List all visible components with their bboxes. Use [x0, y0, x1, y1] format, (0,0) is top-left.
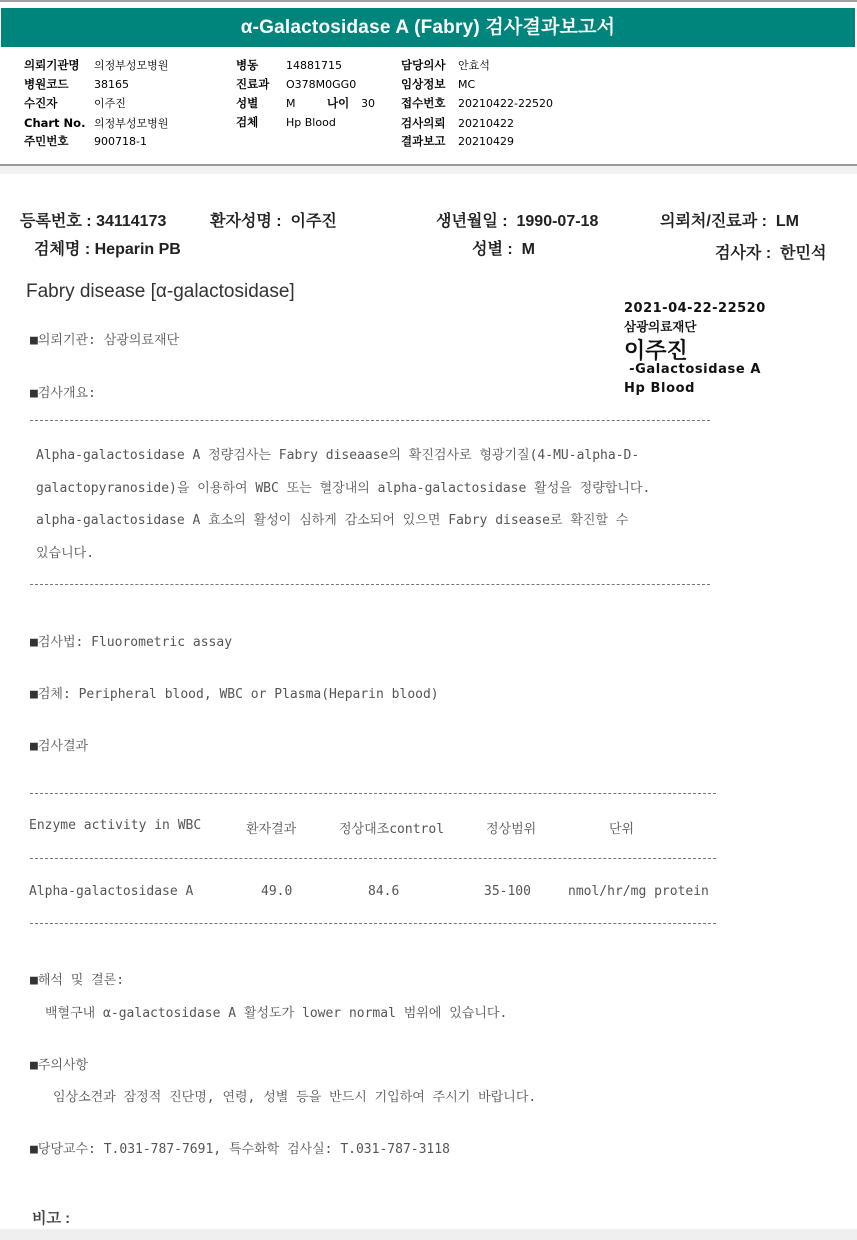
header-field-institution: 의뢰기관명의정부성모병원 [24, 57, 168, 73]
section-referral: ■의뢰기관: 삼광의료재단 [30, 329, 179, 348]
header-field-doctor: 담당의사안효석 [401, 57, 490, 73]
bullet-square-icon: ■ [30, 687, 38, 702]
section-contact: ■당당교수: T.031-787-7691, 특수화학 검사실: T.031-7… [30, 1138, 450, 1157]
header-divider-band [0, 166, 857, 174]
table-header-unit: 단위 [609, 818, 634, 837]
patient-specimen: 검체명 : Heparin PB [34, 236, 181, 259]
sticker-test-name: -Galactosidase A [624, 362, 761, 377]
table-header-test: Enzyme activity in WBC [29, 818, 201, 833]
dashed-divider [30, 584, 710, 585]
header-field-specimen: 검체Hp Blood [236, 114, 336, 130]
table-cell-normal-range: 35-100 [484, 884, 531, 899]
bullet-square-icon: ■ [30, 739, 38, 754]
table-header-control: 정상대조control [339, 818, 444, 837]
patient-name: 환자성명 : 이주진 [210, 208, 337, 231]
bullet-square-icon: ■ [30, 1058, 38, 1073]
table-cell-test: Alpha-galactosidase A [29, 884, 193, 899]
header-field-request-date: 검사의뢰20210422 [401, 115, 514, 131]
report-title-banner: α-Galactosidase A (Fabry) 검사결과보고서 [1, 8, 855, 47]
section-caution-heading: ■주의사항 [30, 1054, 88, 1073]
table-cell-unit: nmol/hr/mg protein [568, 884, 709, 899]
bullet-square-icon: ■ [30, 973, 38, 988]
header-field-department: 진료과O378M0GG0 [236, 76, 356, 92]
overview-paragraph: Alpha-galactosidase A 정량검사는 Fabry diseaa… [36, 440, 716, 570]
patient-tester: 검사자 : 한민석 [715, 240, 826, 263]
section-results-heading: ■검사결과 [30, 735, 88, 754]
top-border [0, 0, 857, 2]
section-overview-heading: ■검사개요: [30, 382, 96, 401]
patient-sex: 성별 : M [472, 236, 535, 259]
table-header-normal-range: 정상범위 [486, 818, 536, 837]
overview-line: Alpha-galactosidase A 정량검사는 Fabry diseaa… [36, 440, 716, 473]
header-field-ward: 병동14881715 [236, 57, 342, 73]
table-cell-patient-result: 49.0 [261, 884, 292, 899]
section-specimen: ■검체: Peripheral blood, WBC or Plasma(Hep… [30, 683, 439, 702]
dashed-divider [30, 793, 716, 794]
header-field-age: 나이30 [327, 95, 375, 111]
sticker-patient-name: 이주진 [624, 334, 688, 365]
bullet-square-icon: ■ [30, 333, 38, 348]
header-field-sex: 성별M [236, 95, 326, 111]
table-cell-control: 84.6 [368, 884, 399, 899]
patient-dob: 생년월일 : 1990-07-18 [436, 208, 598, 231]
header-field-hospital-code: 병원코드38165 [24, 76, 129, 92]
section-interpretation-heading: ■해석 및 결론: [30, 969, 124, 988]
dashed-divider [30, 858, 716, 859]
overview-line: 있습니다. [36, 538, 716, 571]
dashed-divider [30, 420, 710, 421]
section-method: ■검사법: Fluorometric assay [30, 631, 232, 650]
interpretation-text: 백혈구내 α-galactosidase A 활성도가 lower normal… [45, 1002, 507, 1021]
header-field-patient: 수진자이주진 [24, 95, 126, 111]
footer-band [0, 1229, 857, 1240]
patient-reg-no: 등록번호 : 34114173 [20, 208, 166, 231]
header-field-accession-no: 접수번호20210422-22520 [401, 95, 553, 111]
caution-text: 임상소견과 잠정적 진단명, 연령, 성별 등을 반드시 기입하여 주시기 바랍… [53, 1086, 536, 1105]
overview-line: alpha-galactosidase A 효소의 활성이 심하게 감소되어 있… [36, 505, 716, 538]
header-field-resident-no: 주민번호900718-1 [24, 133, 147, 149]
patient-department: 의뢰처/진료과 : LM [660, 208, 799, 231]
sticker-institution: 삼광의료재단 [624, 317, 696, 335]
bullet-square-icon: ■ [30, 1142, 38, 1157]
document-title: Fabry disease [α-galactosidase] [26, 281, 295, 303]
header-field-clinical-info: 임상정보MC [401, 76, 475, 92]
remarks-label: 비고 : [32, 1207, 70, 1228]
bullet-square-icon: ■ [30, 386, 38, 401]
header-field-report-date: 결과보고20210429 [401, 133, 514, 149]
dashed-divider [30, 923, 716, 924]
bullet-square-icon: ■ [30, 635, 38, 650]
overview-line: galactopyranoside)을 이용하여 WBC 또는 혈장내의 alp… [36, 473, 716, 506]
table-header-patient-result: 환자결과 [246, 818, 296, 837]
sticker-specimen: Hp Blood [624, 381, 695, 396]
sticker-accession: 2021-04-22-22520 [624, 301, 766, 316]
header-field-chart-no: Chart No.의정부성모병원 [24, 115, 168, 131]
